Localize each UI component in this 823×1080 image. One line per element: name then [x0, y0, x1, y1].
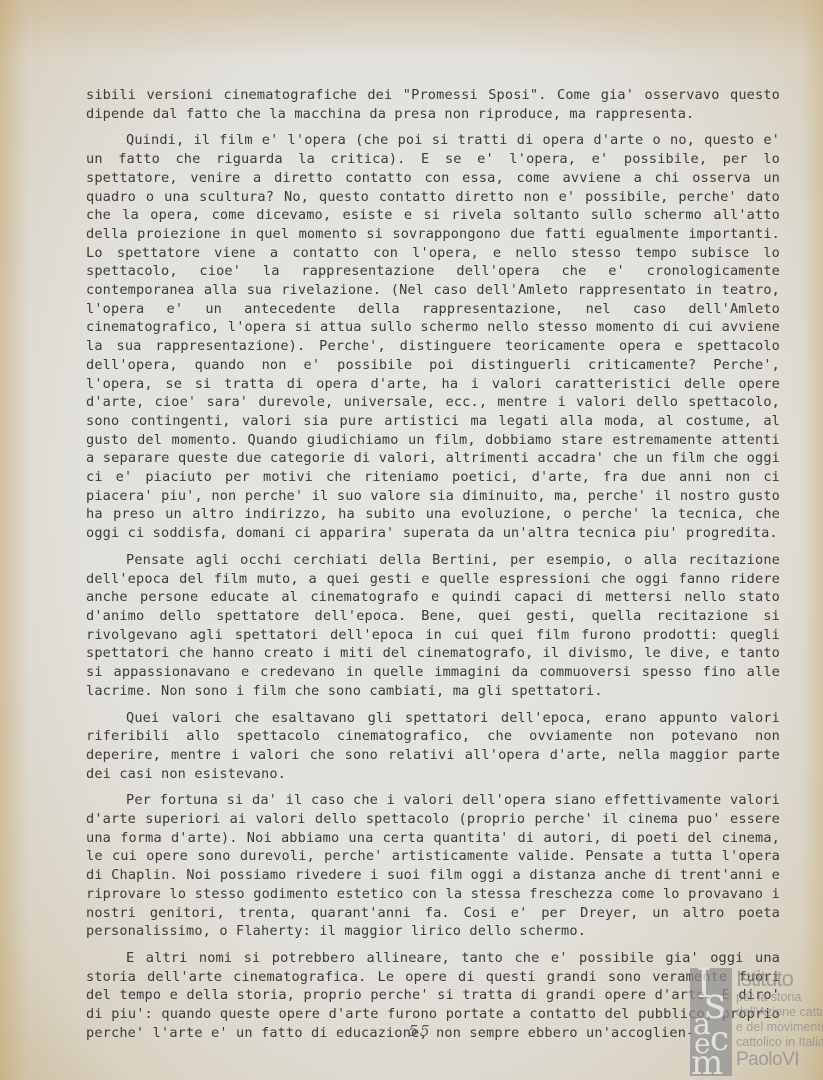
page-number-value: 55	[408, 1022, 431, 1040]
watermark-line-italia: cattolico in Italia	[736, 1035, 823, 1050]
isacem-watermark-logo: I s a e c m Istituto per la storia dell'…	[690, 968, 823, 1078]
page-number-dash-right: -	[442, 1027, 447, 1038]
watermark-text: Istituto per la storia dell'Azione catto…	[736, 968, 823, 1070]
page-number-dash-left: -	[393, 1027, 398, 1038]
paragraph-valori-epoca: Quei valori che esaltavano gli spettator…	[86, 709, 780, 784]
paragraph-opera-spettacolo: Quindi, il film e' l'opera (che poi si t…	[86, 131, 780, 542]
paragraph-bertini: Pensate agli occhi cerchiati della Berti…	[86, 551, 780, 701]
scanned-page: sibili versioni cinematografiche dei "Pr…	[0, 0, 823, 1080]
paragraph-chaplin-dreyer: Per fortuna si da' il caso che i valori …	[86, 791, 780, 941]
paragraph-continuation: sibili versioni cinematografiche dei "Pr…	[86, 86, 780, 123]
page-edge-shadow	[801, 0, 823, 1080]
watermark-line-azione: dell'Azione cattolica	[736, 1005, 823, 1020]
typewritten-body: sibili versioni cinematografiche dei "Pr…	[86, 86, 780, 1042]
page-number: -55-	[380, 1022, 460, 1040]
watermark-line-movimento: e del movimento	[736, 1020, 823, 1035]
monogram-letter-m: m	[691, 1046, 723, 1080]
watermark-line-storia: per la storia	[736, 990, 823, 1005]
watermark-line-istituto: Istituto	[736, 968, 823, 990]
watermark-monogram: I s a e c m	[690, 968, 732, 1076]
watermark-line-paolovi: PaoloVI	[736, 1050, 823, 1070]
